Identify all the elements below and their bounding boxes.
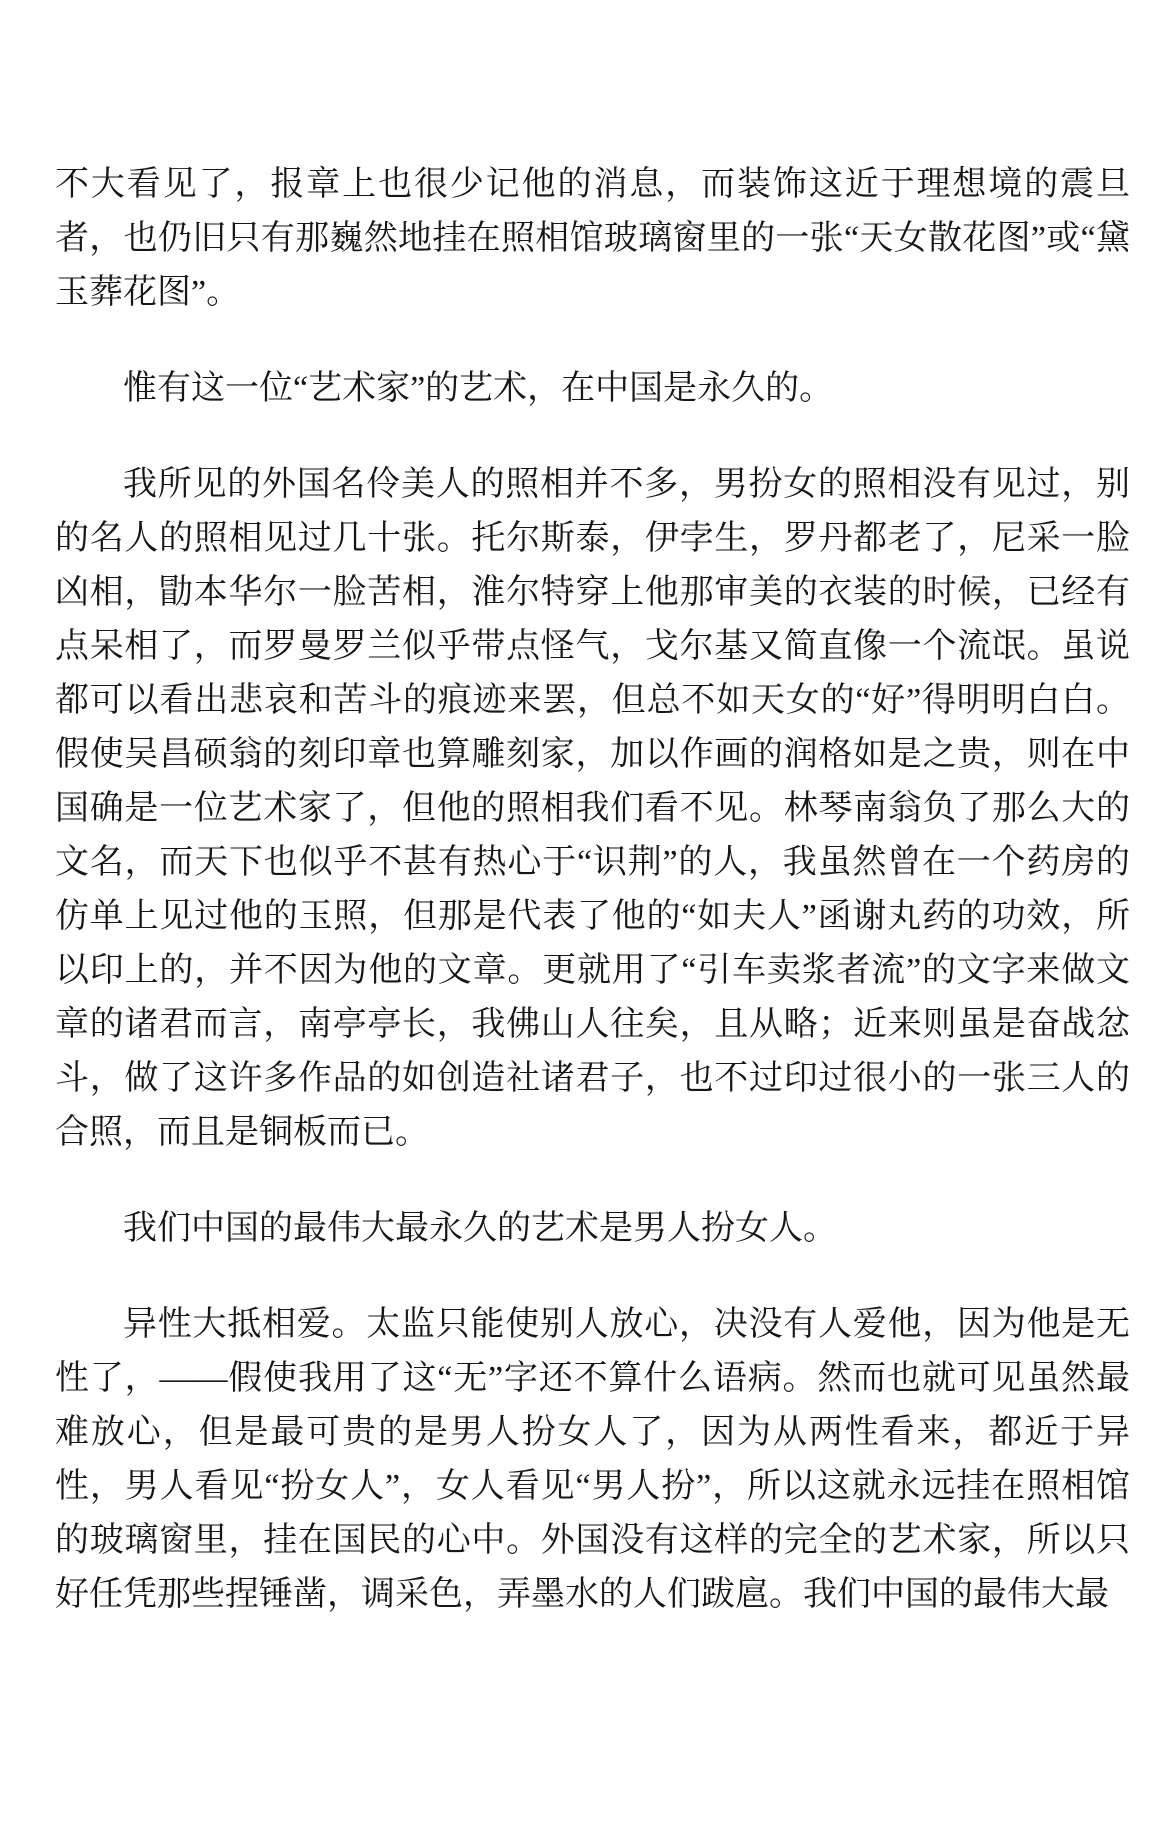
paragraph-continuation: 不大看见了，报章上也很少记他的消息，而装饰这近于理想境的震旦者，也仍旧只有那巍然… bbox=[55, 158, 1130, 320]
document-page: 不大看见了，报章上也很少记他的消息，而装饰这近于理想境的震旦者，也仍旧只有那巍然… bbox=[0, 0, 1170, 1825]
paragraph-5: 异性大抵相爱。太监只能使别人放心，决没有人爱他，因为他是无性了，——假使我用了这… bbox=[55, 1298, 1130, 1622]
paragraph-3: 我所见的外国名伶美人的照相并不多，男扮女的照相没有见过，别的名人的照相见过几十张… bbox=[55, 458, 1130, 1160]
paragraph-4: 我们中国的最伟大最永久的艺术是男人扮女人。 bbox=[55, 1202, 1130, 1256]
paragraph-2: 惟有这一位“艺术家”的艺术，在中国是永久的。 bbox=[55, 362, 1130, 416]
